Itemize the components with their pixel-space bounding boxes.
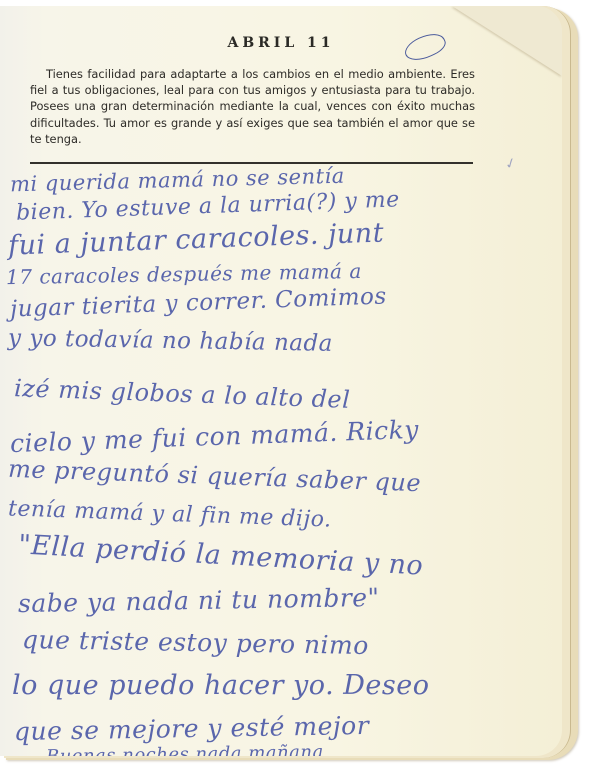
handwritten-line: izé mis globos a lo alto del	[14, 374, 351, 414]
diary-scan: ABRIL 11 Tienes facilidad para adaptarte…	[0, 0, 589, 772]
handwritten-line: y yo todavía no había nada	[8, 325, 333, 357]
handwritten-line: sabe ya nada ni tu nombre"	[18, 583, 380, 618]
diary-page: ABRIL 11 Tienes facilidad para adaptarte…	[0, 6, 562, 756]
divider-rule	[30, 162, 473, 164]
handwritten-line: jugar tierita y correr. Comimos	[10, 283, 387, 322]
handwritten-line: 17 caracoles después me mamá a	[6, 259, 362, 289]
margin-tick-mark: ✓	[503, 154, 519, 173]
handwritten-line: fui a juntar caracoles. junt	[8, 217, 385, 261]
printed-horoscope-text: Tienes facilidad para adaptarte a los ca…	[30, 66, 475, 147]
handwritten-line: cielo y me fui con mamá. Ricky	[10, 415, 420, 458]
handwritten-line: tenía mamá y al fin me dijo.	[8, 496, 332, 532]
handwritten-line: "Ella perdió la memoria y no	[17, 529, 424, 581]
handwritten-line: me preguntó si quería saber que	[8, 455, 422, 497]
page-header: ABRIL 11	[0, 34, 562, 52]
date-title: ABRIL 11	[227, 35, 334, 51]
handwritten-line: lo que puedo hacer yo. Deseo	[12, 670, 429, 701]
handwritten-line: que triste estoy pero nimo	[22, 625, 369, 660]
